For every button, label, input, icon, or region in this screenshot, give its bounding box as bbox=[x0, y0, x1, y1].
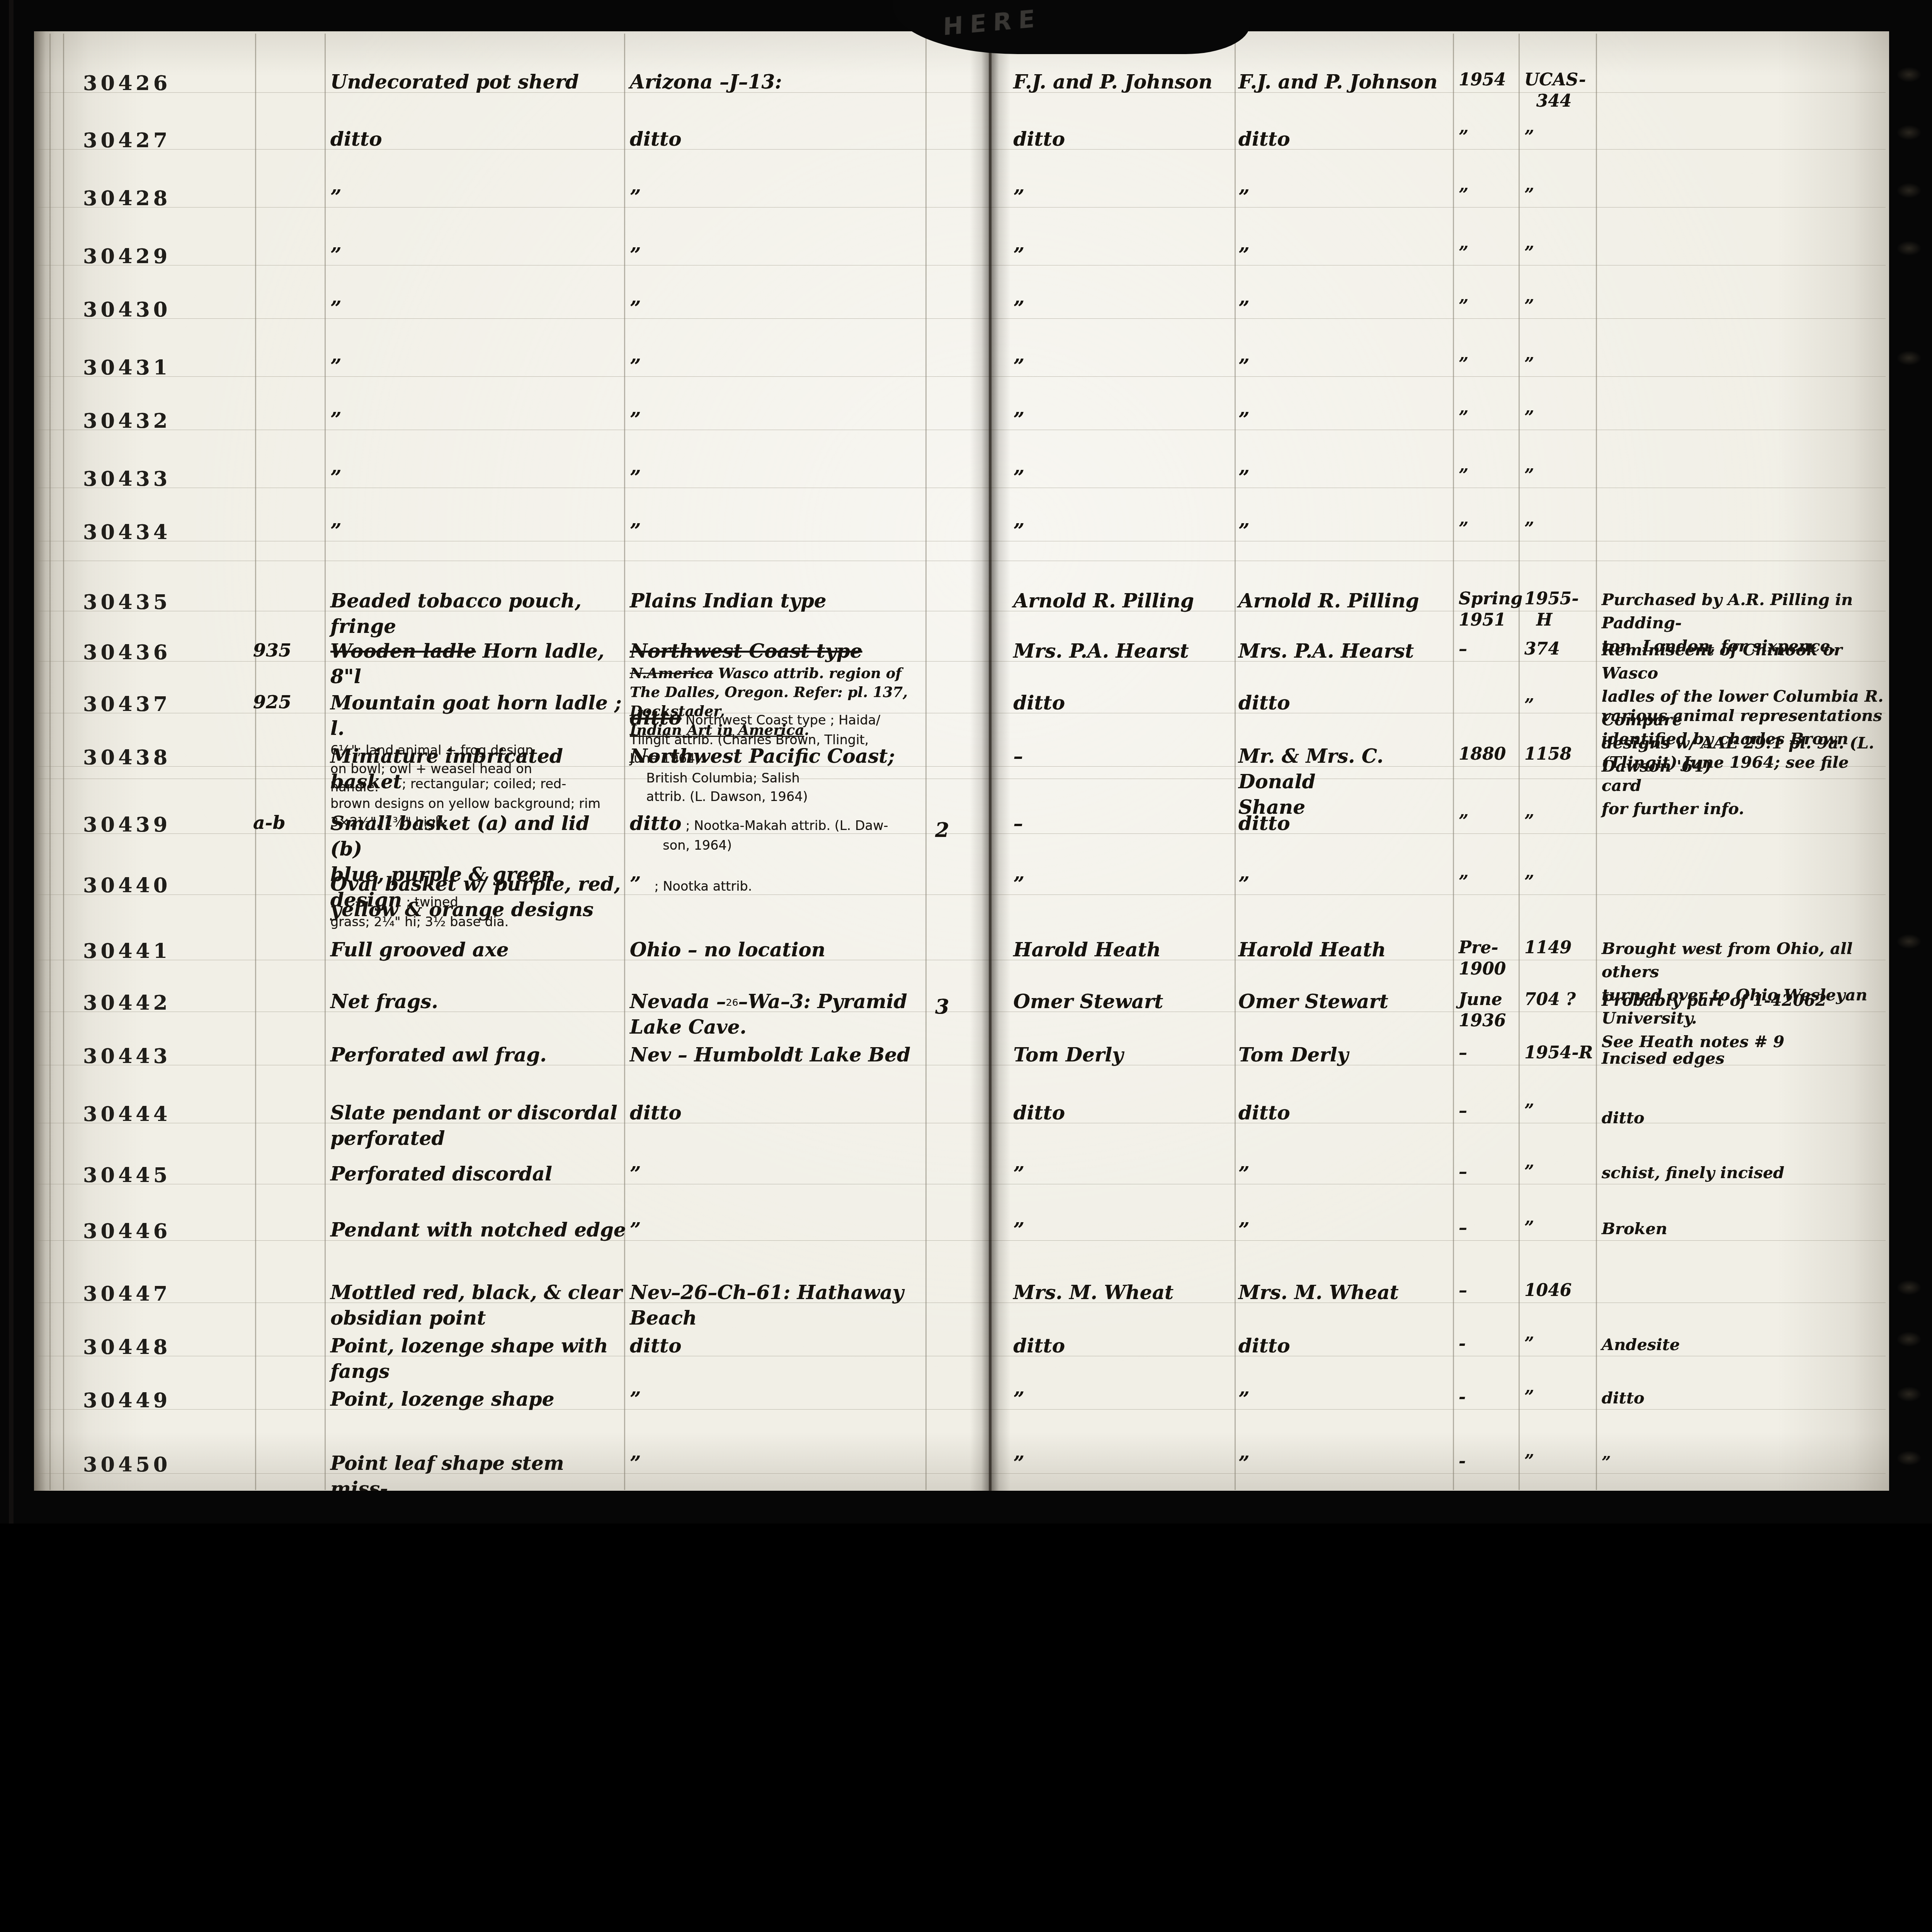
cell-loc: Nevada –26–Wa–3: PyramidLake Cave. bbox=[630, 989, 931, 1040]
film-edge bbox=[9, 0, 14, 1524]
cell-sub: a-b bbox=[253, 811, 325, 835]
cell-donor: ” bbox=[1238, 242, 1449, 268]
cell-no: ” bbox=[1524, 871, 1598, 893]
cell-desc: ditto bbox=[330, 126, 628, 152]
cell-coll: Arnold R. Pilling bbox=[1014, 588, 1234, 614]
cell-donor: ditto bbox=[1238, 1100, 1449, 1126]
cell-coll: ” bbox=[1014, 871, 1234, 897]
cell-donor: ” bbox=[1238, 1386, 1449, 1412]
cell-no: ” bbox=[1524, 1451, 1598, 1472]
cell-coll: F.J. and P. Johnson bbox=[1014, 69, 1234, 95]
cell-no: ” bbox=[1524, 184, 1598, 206]
cell-rem: Andesite bbox=[1602, 1333, 1886, 1356]
cell-loc: ” bbox=[630, 184, 931, 210]
bleed-through-mark bbox=[1896, 183, 1922, 198]
cell-no: ” bbox=[1524, 1217, 1598, 1238]
bleed-through-mark bbox=[1896, 125, 1922, 140]
cell-cat: 30432 bbox=[83, 407, 241, 433]
bleed-through-mark bbox=[1896, 241, 1922, 256]
cell-no: ” bbox=[1524, 1386, 1598, 1408]
cell-date: – bbox=[1459, 1042, 1517, 1063]
cell-cat: 30441 bbox=[83, 937, 241, 963]
cell-desc: Beaded tobacco pouch,fringe bbox=[330, 588, 628, 639]
cell-loc: ” bbox=[630, 1161, 931, 1187]
cell-desc: ” bbox=[330, 407, 628, 432]
cell-donor: ” bbox=[1238, 871, 1449, 897]
cell-no: ” bbox=[1524, 1333, 1598, 1354]
cell-coll: ” bbox=[1014, 1386, 1234, 1412]
cell-date: 1880 bbox=[1459, 743, 1517, 765]
ruled-line bbox=[37, 149, 1886, 150]
cell-cat: 30439 bbox=[83, 811, 241, 837]
cell-loc: ” bbox=[630, 407, 931, 432]
cell-no: ” bbox=[1524, 242, 1598, 264]
cell-coll: ” bbox=[1014, 242, 1234, 268]
cell-desc: Perforated awl frag. bbox=[330, 1042, 628, 1068]
ruled-line bbox=[37, 895, 1886, 895]
cell-desc: Undecorated pot sherd bbox=[330, 69, 628, 95]
cell-loc: ” bbox=[630, 518, 931, 544]
photo-border-left bbox=[0, 0, 34, 1524]
cell-cat: 30448 bbox=[83, 1333, 241, 1359]
cell-desc: ” bbox=[330, 242, 628, 268]
cell-loc: ” bbox=[630, 1451, 931, 1476]
cell-desc: ” bbox=[330, 518, 628, 544]
cell-donor: ” bbox=[1238, 465, 1449, 490]
cell-coll: Omer Stewart bbox=[1014, 989, 1234, 1014]
cell-loc: ditto bbox=[630, 1333, 931, 1359]
ruled-line bbox=[37, 376, 1886, 377]
cell-loc: ditto bbox=[630, 1100, 931, 1126]
cell-desc: Mottled red, black, & clearobsidian poin… bbox=[330, 1280, 628, 1331]
column-rule bbox=[1453, 34, 1454, 1490]
cell-date: ” bbox=[1459, 407, 1517, 428]
ledger-photo: HERE 30426Undecorated pot sherdArizona –… bbox=[0, 0, 1932, 1524]
cell-desc: Wooden ladle Horn ladle, 8"l bbox=[330, 638, 628, 689]
cell-rem: ” bbox=[1602, 1451, 1886, 1474]
cell-no: 374 bbox=[1524, 638, 1598, 660]
bleed-through-mark bbox=[1896, 1451, 1922, 1466]
cell-date: – bbox=[1459, 1100, 1517, 1121]
column-rule bbox=[255, 34, 256, 1490]
cell-loc: Nev–26–Ch–61: HathawayBeach bbox=[630, 1280, 931, 1331]
cell-date: Pre-1900 bbox=[1459, 937, 1517, 980]
cell-no: ” bbox=[1524, 296, 1598, 317]
cell-donor: ” bbox=[1238, 1161, 1449, 1187]
cell-desc: Point, lozenge shape withfangs bbox=[330, 1333, 628, 1384]
margin-scrawl: HERE bbox=[942, 4, 1041, 41]
cell-cat: 30430 bbox=[83, 296, 241, 322]
cell-coll: ” bbox=[1014, 465, 1234, 490]
cell-coll: Mrs. M. Wheat bbox=[1014, 1280, 1234, 1305]
cell-rem: ditto bbox=[1602, 1386, 1886, 1410]
cell-no: ” bbox=[1524, 354, 1598, 375]
column-rule bbox=[63, 34, 64, 1490]
cell-no: ” bbox=[1524, 465, 1598, 486]
bleed-through-mark bbox=[1896, 1280, 1922, 1295]
cell-date: – bbox=[1459, 1280, 1517, 1301]
cell-no: UCAS- 344 bbox=[1524, 69, 1598, 112]
cell-donor: Arnold R. Pilling bbox=[1238, 588, 1449, 614]
cell-sub: 925 bbox=[253, 690, 325, 714]
cell-loc: ” bbox=[630, 1217, 931, 1243]
cell-cat: 30426 bbox=[83, 69, 241, 95]
cell-donor: ” bbox=[1238, 1451, 1449, 1476]
cell-no: ” bbox=[1524, 811, 1598, 832]
cell-coll: ” bbox=[1014, 518, 1234, 544]
cell-cat: 30436 bbox=[83, 638, 241, 665]
ruled-line bbox=[37, 430, 1886, 430]
cell-coll: ditto bbox=[1014, 1333, 1234, 1359]
cell-coll: – bbox=[1014, 811, 1234, 836]
cell-coll: ditto bbox=[1014, 690, 1234, 716]
cell-date: 1954 bbox=[1459, 69, 1517, 90]
photo-border-right bbox=[1889, 0, 1932, 1524]
ruled-line bbox=[37, 92, 1886, 93]
cell-cat: 30434 bbox=[83, 518, 241, 544]
cell-desc: Point, lozenge shape bbox=[330, 1386, 628, 1412]
cell-coll: – bbox=[1014, 743, 1234, 769]
cell-loc: Arizona –J–13: bbox=[630, 69, 931, 95]
cell-donor: ” bbox=[1238, 354, 1449, 379]
cell-cat: 30449 bbox=[83, 1386, 241, 1413]
ruled-line bbox=[37, 488, 1886, 488]
cell-cat: 30447 bbox=[83, 1280, 241, 1306]
cell-coll: ” bbox=[1014, 1161, 1234, 1187]
cell-cat: 30440 bbox=[83, 871, 241, 898]
cell-loc: Nev – Humboldt Lake Bed bbox=[630, 1042, 931, 1068]
cell-date: ” bbox=[1459, 126, 1517, 148]
cell-no: 1158 bbox=[1524, 743, 1598, 765]
cell-no: 704 ? bbox=[1524, 989, 1598, 1010]
cell-loc: ” ; Nootka attrib. bbox=[630, 871, 931, 897]
cell-donor: Harold Heath bbox=[1238, 937, 1449, 963]
cell-date: - bbox=[1459, 1333, 1517, 1354]
cell-donor: Mr. & Mrs. C. DonaldShane bbox=[1238, 743, 1449, 820]
cell-date: Spring1951 bbox=[1459, 588, 1517, 631]
cell-no: ” bbox=[1524, 126, 1598, 148]
cell-donor: ditto bbox=[1238, 126, 1449, 152]
cell-coll: ” bbox=[1014, 296, 1234, 321]
cell-coll: ” bbox=[1014, 1217, 1234, 1243]
cell-donor: F.J. and P. Johnson bbox=[1238, 69, 1449, 95]
cell-cat: 30435 bbox=[83, 588, 241, 614]
photo-border-bottom bbox=[0, 1491, 1932, 1524]
cell-coll: ” bbox=[1014, 354, 1234, 379]
cell-desc: ” bbox=[330, 354, 628, 379]
ruled-line bbox=[37, 561, 1886, 561]
cell-desc: Net frags. bbox=[330, 989, 628, 1014]
cell-desc: Full grooved axe bbox=[330, 937, 628, 963]
cell-cat: 30445 bbox=[83, 1161, 241, 1187]
cell-coll: ditto bbox=[1014, 126, 1234, 152]
cell-cat: 30444 bbox=[83, 1100, 241, 1126]
cell-rem: schist, finely incised bbox=[1602, 1161, 1886, 1184]
cell-loc: ” bbox=[630, 1386, 931, 1412]
cell-count: 2 bbox=[935, 816, 985, 843]
column-rule bbox=[325, 34, 326, 1490]
cell-date: ” bbox=[1459, 871, 1517, 893]
cell-cat: 30437 bbox=[83, 690, 241, 716]
cell-desc: ” bbox=[330, 465, 628, 490]
cell-no: ” bbox=[1524, 518, 1598, 539]
center-fold-line bbox=[989, 31, 992, 1491]
cell-donor: ” bbox=[1238, 184, 1449, 210]
cell-cat: 30428 bbox=[83, 184, 241, 211]
cell-cat: 30446 bbox=[83, 1217, 241, 1243]
column-rule bbox=[1519, 34, 1520, 1490]
cell-desc: Oval basket w/ purple, red,yellow & oran… bbox=[330, 871, 628, 922]
cell-loc: ditto bbox=[630, 126, 931, 152]
cell-donor: ” bbox=[1238, 1217, 1449, 1243]
cell-no: 1954-R bbox=[1524, 1042, 1598, 1063]
bleed-through-mark bbox=[1896, 1332, 1922, 1347]
column-rule bbox=[1235, 34, 1236, 1490]
cell-desc: Perforated discordal bbox=[330, 1161, 628, 1187]
cell-rem: Incised edges bbox=[1602, 1047, 1886, 1070]
cell-no: ” bbox=[1524, 1161, 1598, 1182]
cell-rem: Probably part of 1-42062 bbox=[1602, 989, 1886, 1012]
cell-donor: Tom Derly bbox=[1238, 1042, 1449, 1068]
page-edge-shadow bbox=[34, 31, 55, 1491]
cell-loc: Plains Indian type bbox=[630, 588, 931, 614]
cell-no: ” bbox=[1524, 407, 1598, 428]
cell-loc: ” bbox=[630, 354, 931, 379]
ruled-line bbox=[37, 1303, 1886, 1303]
cell-cat: 30443 bbox=[83, 1042, 241, 1068]
cell-loc: ditto ; Nootka-Makah attrib. (L. Daw- so… bbox=[630, 811, 931, 855]
cell-desc: ” bbox=[330, 184, 628, 210]
cell-loc: ” bbox=[630, 242, 931, 268]
cell-date: ” bbox=[1459, 242, 1517, 264]
cell-no: ” bbox=[1524, 1100, 1598, 1121]
cell-desc: Pendant with notched edge bbox=[330, 1217, 628, 1243]
cell-date: ” bbox=[1459, 518, 1517, 539]
cell-date: ” bbox=[1459, 296, 1517, 317]
cell-coll: ” bbox=[1014, 1451, 1234, 1476]
cell-date: – bbox=[1459, 1161, 1517, 1182]
cell-date: - bbox=[1459, 1386, 1517, 1408]
cell-desc: ” bbox=[330, 296, 628, 321]
cell-coll: ” bbox=[1014, 184, 1234, 210]
cell-no: 1149 bbox=[1524, 937, 1598, 958]
cell-coll: Tom Derly bbox=[1014, 1042, 1234, 1068]
cell-date: - bbox=[1459, 1451, 1517, 1472]
ruled-line bbox=[37, 318, 1886, 319]
cell-donor: ” bbox=[1238, 407, 1449, 432]
cell-rem: various animal representationsidentified… bbox=[1602, 704, 1886, 820]
cell-donor: Mrs. P.A. Hearst bbox=[1238, 638, 1449, 664]
cell-date: ” bbox=[1459, 465, 1517, 486]
cell-donor: ” bbox=[1238, 518, 1449, 544]
cell-cat: 30438 bbox=[83, 743, 241, 770]
ruled-line bbox=[37, 207, 1886, 207]
cell-no: 1955- H bbox=[1524, 588, 1598, 631]
cell-rem: Broken bbox=[1602, 1217, 1886, 1240]
cell-cat: 30433 bbox=[83, 465, 241, 491]
ruled-line bbox=[37, 541, 1886, 541]
cell-date: – bbox=[1459, 1217, 1517, 1238]
cell-date: June1936 bbox=[1459, 989, 1517, 1031]
cell-loc: ” bbox=[630, 465, 931, 490]
cell-coll: Harold Heath bbox=[1014, 937, 1234, 963]
cell-loc: Northwest Pacific Coast; British Columbi… bbox=[630, 743, 931, 806]
cell-cat: 30450 bbox=[83, 1451, 241, 1477]
cell-loc: ” bbox=[630, 296, 931, 321]
bleed-through-mark bbox=[1896, 350, 1922, 366]
cell-date: ” bbox=[1459, 811, 1517, 832]
cell-date: ” bbox=[1459, 184, 1517, 206]
cell-cat: 30442 bbox=[83, 989, 241, 1015]
cell-desc: Slate pendant or discordalperforated bbox=[330, 1100, 628, 1151]
cell-donor: ditto bbox=[1238, 811, 1449, 836]
cell-donor: ” bbox=[1238, 296, 1449, 321]
ruled-line bbox=[37, 265, 1886, 265]
cell-sub: 935 bbox=[253, 638, 325, 663]
column-rule bbox=[49, 34, 51, 1490]
cell-donor: ditto bbox=[1238, 1333, 1449, 1359]
cell-coll: ” bbox=[1014, 407, 1234, 432]
cell-donor: Mrs. M. Wheat bbox=[1238, 1280, 1449, 1305]
cell-no: 1046 bbox=[1524, 1280, 1598, 1301]
cell-cat: 30427 bbox=[83, 126, 241, 153]
cell-rem: ditto bbox=[1602, 1106, 1886, 1129]
cell-no: ” bbox=[1524, 695, 1598, 716]
cell-date: – bbox=[1459, 638, 1517, 660]
cell-cat: 30429 bbox=[83, 242, 241, 269]
bleed-through-mark bbox=[1896, 67, 1922, 82]
cell-loc: Ohio – no location bbox=[630, 937, 931, 963]
cell-donor: Omer Stewart bbox=[1238, 989, 1449, 1014]
bleed-through-mark bbox=[1896, 1386, 1922, 1401]
cell-count: 3 bbox=[935, 993, 985, 1020]
cell-date: ” bbox=[1459, 354, 1517, 375]
cell-cat: 30431 bbox=[83, 354, 241, 380]
cell-coll: Mrs. P.A. Hearst bbox=[1014, 638, 1234, 664]
cell-coll: ditto bbox=[1014, 1100, 1234, 1126]
cell-donor: ditto bbox=[1238, 690, 1449, 716]
bleed-through-mark bbox=[1896, 934, 1922, 949]
